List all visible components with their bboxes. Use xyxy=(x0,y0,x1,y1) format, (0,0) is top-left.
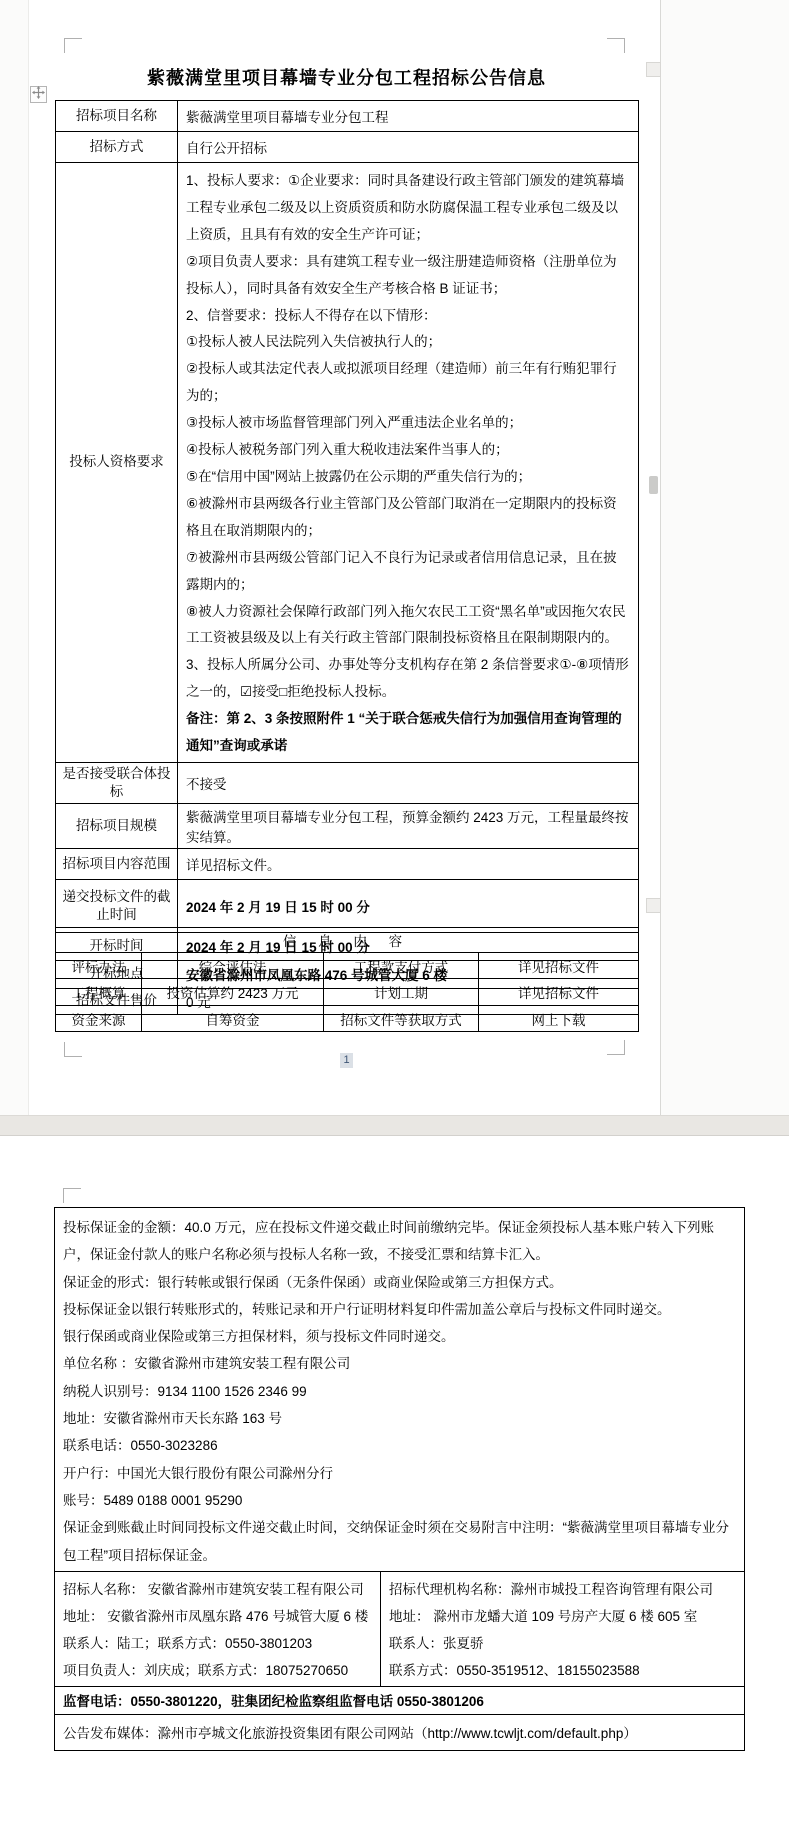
deposit-paragraph: 联系电话：0550-3023286 xyxy=(63,1432,736,1459)
deposit-paragraph: 投标保证金以银行转账形式的，转账记录和开户行证明材料复印件需加盖公章后与投标文件… xyxy=(63,1296,736,1323)
margin-marker xyxy=(646,898,661,913)
deposit-paragraph: 投标保证金的金额：40.0 万元，应在投标文件递交截止时间前缴纳完毕。保证金须投… xyxy=(63,1214,736,1269)
table-row: 招标项目名称 紫薇满堂里项目幕墙专业分包工程 xyxy=(56,101,639,132)
qualification-paragraph: ②项目负责人要求：具有建筑工程专业一级注册建造师资格（注册单位为投标人），同时具… xyxy=(186,249,630,303)
info-cell: 计划工期 xyxy=(324,979,479,1006)
deposit-and-contacts-table: 投标保证金的金额：40.0 万元，应在投标文件递交截止时间前缴纳完毕。保证金须投… xyxy=(54,1207,745,1751)
row-label: 投标人资格要求 xyxy=(56,163,178,763)
info-row: 资金来源 自筹资金 招标文件等获取方式 网上下载 xyxy=(56,1006,639,1032)
info-cell: 工程概算 xyxy=(56,979,142,1006)
supervision-line: 监督电话：0550-3801220，驻集团纪检监察组监督电话 0550-3801… xyxy=(55,1686,745,1714)
text-boundary-mark xyxy=(64,38,82,53)
info-cell: 详见招标文件 xyxy=(479,953,639,979)
info-cell: 资金来源 xyxy=(56,1006,142,1032)
row-label: 招标项目内容范围 xyxy=(56,848,178,879)
qualification-paragraph: ⑤在“信用中国”网站上披露仍在公示期的严重失信行为的； xyxy=(186,464,630,491)
row-value: 2024 年 2 月 19 日 15 时 00 分 xyxy=(178,879,639,932)
info-cell: 投资估算约 2423 万元 xyxy=(142,979,324,1006)
qualification-paragraph: ③投标人被市场监督管理部门列入严重违法企业名单的； xyxy=(186,410,630,437)
margin-marker xyxy=(646,62,661,77)
contacts-row: 招标人名称： 安徽省滁州市建筑安装工程有限公司 地址： 安徽省滁州市凤凰东路 4… xyxy=(55,1571,745,1686)
info-content-table: 信 息 内 容 评标办法 综合评估法 工程款支付方式 详见招标文件 工程概算 投… xyxy=(55,927,639,1032)
table-row: 是否接受联合体投标 不接受 xyxy=(56,762,639,803)
deposit-paragraph: 单位名称 ：安徽省滁州市建筑安装工程有限公司 xyxy=(63,1350,736,1377)
deposit-paragraph: 地址：安徽省滁州市天长东路 163 号 xyxy=(63,1405,736,1432)
qualification-row: 投标人资格要求 1、投标人要求：①企业要求：同时具备建设行政主管部门颁发的建筑幕… xyxy=(56,163,639,763)
info-cell: 详见招标文件 xyxy=(479,979,639,1006)
info-cell: 网上下载 xyxy=(479,1006,639,1032)
scrollbar-thumb[interactable] xyxy=(649,476,658,494)
announcement-table: 招标项目名称 紫薇满堂里项目幕墙专业分包工程 招标方式 自行公开招标 投标人资格… xyxy=(55,100,639,1015)
agency-line: 联系方式：0550-3519512、18155023588 xyxy=(389,1657,736,1684)
table-row: 递交投标文件的截止时间 2024 年 2 月 19 日 15 时 00 分 xyxy=(56,879,639,932)
info-header-row: 信 息 内 容 xyxy=(56,928,639,953)
qualification-paragraph: ②投标人或其法定代表人或拟派项目经理（建造师）前三年有行贿犯罪行为的； xyxy=(186,356,630,410)
qualification-text: 1、投标人要求：①企业要求：同时具备建设行政主管部门颁发的建筑幕墙工程专业承包二… xyxy=(178,163,639,763)
row-label: 递交投标文件的截止时间 xyxy=(56,879,178,932)
info-row: 评标办法 综合评估法 工程款支付方式 详见招标文件 xyxy=(56,953,639,979)
page-number: 1 xyxy=(340,1053,352,1068)
info-cell: 综合评估法 xyxy=(142,953,324,979)
info-cell: 自筹资金 xyxy=(142,1006,324,1032)
row-label: 招标方式 xyxy=(56,132,178,163)
supervision-row: 监督电话：0550-3801220，驻集团纪检监察组监督电话 0550-3801… xyxy=(55,1686,745,1714)
deposit-row: 投标保证金的金额：40.0 万元，应在投标文件递交截止时间前缴纳完毕。保证金须投… xyxy=(55,1208,745,1572)
qualification-paragraph: 2、信誉要求：投标人不得存在以下情形： xyxy=(186,303,630,330)
deposit-paragraph: 保证金的形式：银行转帐或银行保函（无条件保函）或商业保险或第三方担保方式。 xyxy=(63,1269,736,1296)
qualification-paragraph: ⑦被滁州市县两级公管部门记入不良行为记录或者信用信息记录，且在披露期内的； xyxy=(186,545,630,599)
document-page-1: 紫薇满堂里项目幕墙专业分包工程招标公告信息 招标项目名称 紫薇满堂里项目幕墙专业… xyxy=(28,0,661,1115)
word-document-view: { "page1": { "title": "紫薇满堂里项目幕墙专业分包工程招标… xyxy=(0,0,789,1827)
info-row: 工程概算 投资估算约 2423 万元 计划工期 详见招标文件 xyxy=(56,979,639,1006)
bidder-line: 联系人：陆工；联系方式：0550-3801203 xyxy=(63,1630,372,1657)
info-cell: 评标办法 xyxy=(56,953,142,979)
deposit-text: 投标保证金的金额：40.0 万元，应在投标文件递交截止时间前缴纳完毕。保证金须投… xyxy=(55,1208,745,1572)
table-row: 招标项目规模 紫薇满堂里项目幕墙专业分包工程，预算金额约 2423 万元，工程量… xyxy=(56,803,639,848)
agency-line: 联系人：张夏骄 xyxy=(389,1630,736,1657)
deposit-paragraph: 保证金到账截止时间同投标文件递交截止时间，交纳保证金时须在交易附言中注明：“紫薇… xyxy=(63,1514,736,1569)
row-value: 紫薇满堂里项目幕墙专业分包工程 xyxy=(178,101,639,132)
info-cell: 招标文件等获取方式 xyxy=(324,1006,479,1032)
row-value: 不接受 xyxy=(178,762,639,803)
deposit-paragraph: 纳税人识别号：9134 1100 1526 2346 99 xyxy=(63,1378,736,1405)
bidder-contact-cell: 招标人名称： 安徽省滁州市建筑安装工程有限公司 地址： 安徽省滁州市凤凰东路 4… xyxy=(55,1571,381,1686)
qualification-paragraph: ①投标人被人民法院列入失信被执行人的； xyxy=(186,329,630,356)
row-label: 招标项目名称 xyxy=(56,101,178,132)
info-header: 信 息 内 容 xyxy=(56,928,639,953)
document-page-2: 投标保证金的金额：40.0 万元，应在投标文件递交截止时间前缴纳完毕。保证金须投… xyxy=(0,1136,789,1827)
row-value: 自行公开招标 xyxy=(178,132,639,163)
row-value: 详见招标文件。 xyxy=(178,848,639,879)
move-arrows-icon xyxy=(32,86,45,104)
deposit-paragraph: 银行保函或商业保险或第三方担保材料，须与投标文件同时递交。 xyxy=(63,1323,736,1350)
table-row: 招标方式 自行公开招标 xyxy=(56,132,639,163)
qualification-note: 备注：第 2、3 条按照附件 1 “关于联合惩戒失信行为加强信用查询管理的通知”… xyxy=(186,706,630,760)
qualification-paragraph: 3、投标人所属分公司、办事处等分支机构存在第 2 条信誉要求①-⑧项情形之一的，… xyxy=(186,652,630,706)
row-value: 紫薇满堂里项目幕墙专业分包工程，预算金额约 2423 万元，工程量最终按实结算。 xyxy=(178,803,639,848)
text-boundary-mark xyxy=(63,1188,81,1203)
table-row: 招标项目内容范围 详见招标文件。 xyxy=(56,848,639,879)
row-label: 招标项目规模 xyxy=(56,803,178,848)
qualification-paragraph: 1、投标人要求：①企业要求：同时具备建设行政主管部门颁发的建筑幕墙工程专业承包二… xyxy=(186,168,630,249)
table-move-handle[interactable] xyxy=(30,86,47,103)
page-title: 紫薇满堂里项目幕墙专业分包工程招标公告信息 xyxy=(55,64,638,90)
text-boundary-mark xyxy=(607,38,625,53)
media-row: 公告发布媒体：滁州市亭城文化旅游投资集团有限公司网站（http://www.tc… xyxy=(55,1714,745,1750)
bidder-line: 地址： 安徽省滁州市凤凰东路 476 号城管大厦 6 楼 xyxy=(63,1603,372,1630)
bidder-line: 招标人名称： 安徽省滁州市建筑安装工程有限公司 xyxy=(63,1576,372,1603)
agency-contact-cell: 招标代理机构名称：滁州市城投工程咨询管理有限公司 地址： 滁州市龙蟠大道 109… xyxy=(381,1571,745,1686)
media-line: 公告发布媒体：滁州市亭城文化旅游投资集团有限公司网站（http://www.tc… xyxy=(55,1714,745,1750)
agency-line: 地址： 滁州市龙蟠大道 109 号房产大厦 6 楼 605 室 xyxy=(389,1603,736,1630)
bidder-line: 项目负责人：刘庆成；联系方式：18075270650 xyxy=(63,1657,372,1684)
agency-line: 招标代理机构名称：滁州市城投工程咨询管理有限公司 xyxy=(389,1576,736,1603)
qualification-paragraph: ⑥被滁州市县两级各行业主管部门及公管部门取消在一定期限内的投标资格且在取消期限内… xyxy=(186,491,630,545)
row-label: 是否接受联合体投标 xyxy=(56,762,178,803)
page-footer: 1 xyxy=(55,1050,638,1068)
deposit-paragraph: 开户行：中国光大银行股份有限公司滁州分行 xyxy=(63,1460,736,1487)
deposit-paragraph: 账号：5489 0188 0001 95290 xyxy=(63,1487,736,1514)
info-cell: 工程款支付方式 xyxy=(324,953,479,979)
qualification-paragraph: ④投标人被税务部门列入重大税收违法案件当事人的； xyxy=(186,437,630,464)
qualification-paragraph: ⑧被人力资源社会保障行政部门列入拖欠农民工工资“黑名单”或因拖欠农民工工资被县级… xyxy=(186,599,630,653)
page-gap xyxy=(0,1115,789,1136)
